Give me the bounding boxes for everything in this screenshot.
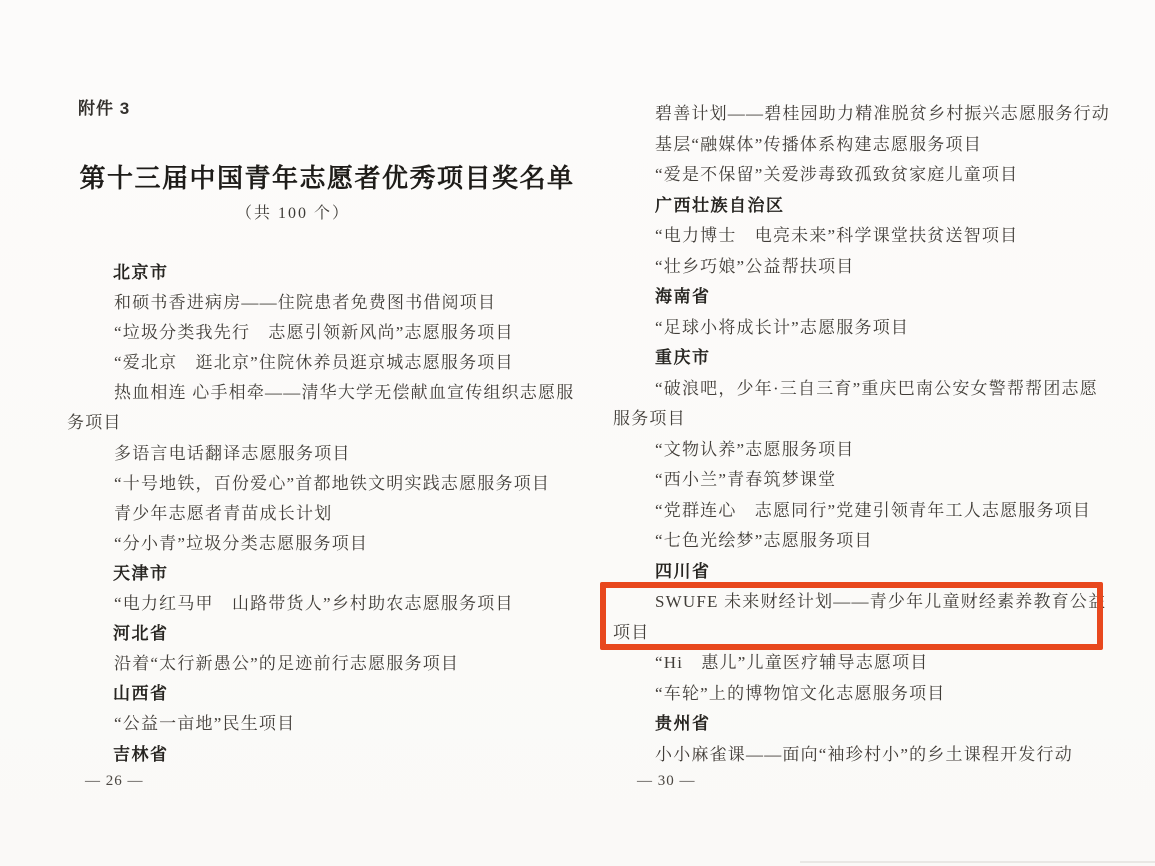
region-header: 河北省 [67, 619, 574, 649]
project-line: 务项目 [67, 408, 574, 438]
project-line: “破浪吧，少年·三自三育”重庆巴南公安女警帮帮团志愿 [613, 374, 1110, 405]
region-header: 吉林省 [67, 740, 574, 770]
project-line: “Hi 惠儿”儿童医疗辅导志愿项目 [613, 648, 1110, 679]
project-line: 热血相连 心手相牵——清华大学无偿献血宣传组织志愿服 [67, 378, 574, 408]
page-left: 附件 3 第十三届中国青年志愿者优秀项目奖名单 （共 100 个） 北京市和硕书… [0, 0, 578, 866]
project-line: 多语言电话翻译志愿服务项目 [67, 439, 574, 469]
region-header: 重庆市 [613, 343, 1110, 374]
region-header: 贵州省 [613, 709, 1110, 740]
page-right: 碧善计划——碧桂园助力精准脱贫乡村振兴志愿服务行动基层“融媒体”传播体系构建志愿… [578, 0, 1155, 866]
project-line: “党群连心 志愿同行”党建引领青年工人志愿服务项目 [613, 496, 1110, 527]
project-line: 基层“融媒体”传播体系构建志愿服务项目 [613, 130, 1110, 161]
project-line: “足球小将成长计”志愿服务项目 [613, 313, 1110, 344]
document-subtitle: （共 100 个） [4, 200, 582, 223]
page-number-right: — 30 — [637, 773, 696, 790]
project-line: “车轮”上的博物馆文化志愿服务项目 [613, 679, 1110, 710]
region-header: 广西壮族自治区 [613, 191, 1110, 222]
region-header: 四川省 [613, 557, 1110, 588]
project-line: 项目 [613, 618, 1110, 649]
attachment-label: 附件 3 [78, 94, 130, 119]
project-line: 小小麻雀课——面向“袖珍村小”的乡土课程开发行动 [613, 740, 1110, 771]
project-line: 碧善计划——碧桂园助力精准脱贫乡村振兴志愿服务行动 [613, 99, 1110, 130]
region-header: 海南省 [613, 282, 1110, 313]
project-line: “爱是不保留”关爱涉毒致孤致贫家庭儿童项目 [613, 160, 1110, 191]
project-line: “电力博士 电亮未来”科学课堂扶贫送智项目 [613, 221, 1110, 252]
region-header: 天津市 [67, 559, 574, 589]
project-line: 和硕书香进病房——住院患者免费图书借阅项目 [67, 288, 574, 318]
region-header: 北京市 [67, 258, 574, 288]
project-line: “文物认养”志愿服务项目 [613, 435, 1110, 466]
project-list-right: 碧善计划——碧桂园助力精准脱贫乡村振兴志愿服务行动基层“融媒体”传播体系构建志愿… [613, 99, 1110, 770]
project-line: 青少年志愿者青苗成长计划 [67, 499, 574, 529]
project-line: “七色光绘梦”志愿服务项目 [613, 526, 1110, 557]
document-title: 第十三届中国青年志愿者优秀项目奖名单 [38, 158, 616, 195]
page-edge-shadow [800, 861, 1155, 863]
project-line: “十号地铁，百份爱心”首都地铁文明实践志愿服务项目 [67, 469, 574, 499]
project-line: “公益一亩地”民生项目 [67, 709, 574, 739]
project-line: “电力红马甲 山路带货人”乡村助农志愿服务项目 [67, 589, 574, 619]
page-number-left: — 26 — [85, 773, 144, 790]
project-line: SWUFE 未来财经计划——青少年儿童财经素养教育公益 [613, 587, 1110, 618]
document-scan: 附件 3 第十三届中国青年志愿者优秀项目奖名单 （共 100 个） 北京市和硕书… [0, 0, 1155, 866]
project-line: “西小兰”青春筑梦课堂 [613, 465, 1110, 496]
project-line: “垃圾分类我先行 志愿引领新风尚”志愿服务项目 [67, 318, 574, 348]
region-header: 山西省 [67, 679, 574, 709]
project-line: “爱北京 逛北京”住院休养员逛京城志愿服务项目 [67, 348, 574, 378]
project-line: 沿着“太行新愚公”的足迹前行志愿服务项目 [67, 649, 574, 679]
project-line: “分小青”垃圾分类志愿服务项目 [67, 529, 574, 559]
project-list-left: 北京市和硕书香进病房——住院患者免费图书借阅项目“垃圾分类我先行 志愿引领新风尚… [67, 258, 574, 770]
project-line: “壮乡巧娘”公益帮扶项目 [613, 252, 1110, 283]
project-line: 服务项目 [613, 404, 1110, 435]
